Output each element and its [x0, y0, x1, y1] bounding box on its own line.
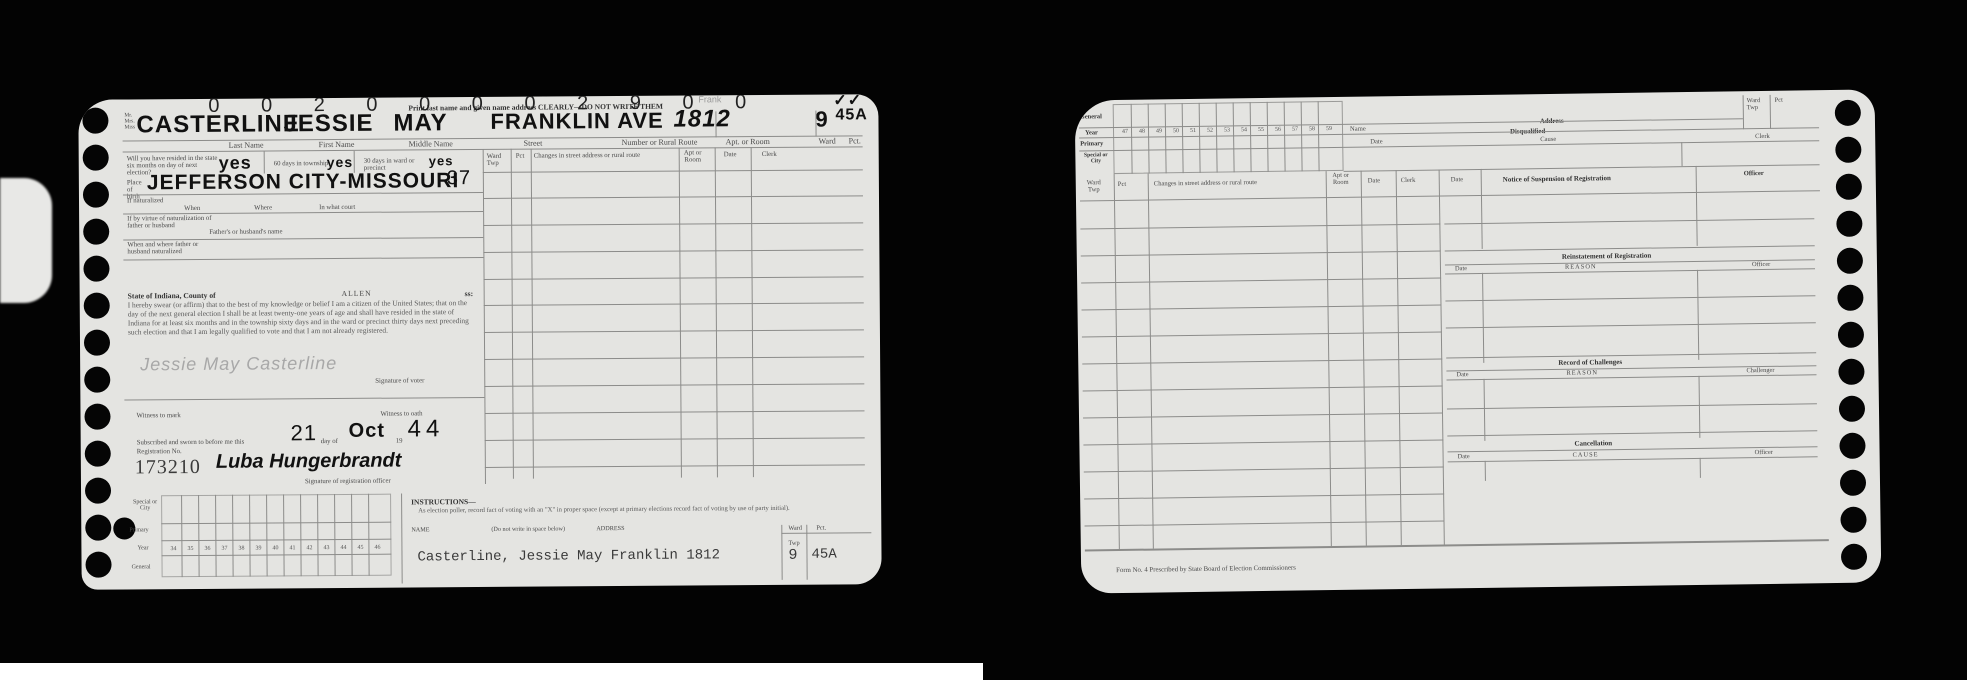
- back-col-date: Date: [1368, 178, 1381, 185]
- label-father-name: Father's or husband's name: [209, 228, 282, 236]
- voter-signature: Jessie May Casterline: [140, 353, 337, 375]
- label-middle-name: Middle Name: [409, 140, 453, 149]
- punch-hole: [1837, 248, 1863, 274]
- label-ward: Ward: [819, 138, 836, 147]
- registration-number: 173210: [135, 457, 201, 478]
- back-col-ward-twp: Ward Twp: [1084, 180, 1104, 194]
- label-officer-signature: Signature of registration officer: [305, 478, 391, 486]
- precinct-number: 45A: [835, 106, 867, 124]
- registration-card-back: General Year Primary Special or City 47 …: [1075, 89, 1882, 593]
- label-name-footer: NAME: [411, 527, 429, 534]
- reinstatement-col-officer: Officer: [1752, 262, 1770, 269]
- punch-hole: [84, 330, 110, 356]
- back-label-pct: Pct: [1775, 98, 1783, 105]
- suspension-col-notice: Notice of Suspension of Registration: [1503, 175, 1611, 184]
- punch-hole: [1839, 433, 1865, 459]
- suspension-col-officer: Officer: [1744, 171, 1764, 178]
- q-township: 60 days in township: [274, 160, 334, 168]
- first-name: JESSIE: [283, 110, 373, 139]
- col-clerk: Clerk: [762, 151, 777, 158]
- back-col-clerk: Clerk: [1401, 178, 1416, 185]
- punch-hole: [1838, 322, 1864, 348]
- pencil-note: Frank: [698, 95, 721, 105]
- label-address-footer: ADDRESS: [596, 526, 624, 533]
- back-row-special-city: Special or City: [1083, 153, 1108, 165]
- challenges-col-date: Date: [1456, 372, 1468, 379]
- sworn-month: Oct: [349, 420, 386, 443]
- label-naturalized: If naturalized: [127, 197, 167, 204]
- adjacent-card-tab: [0, 178, 52, 303]
- scan-edge-strip: [0, 663, 983, 680]
- label-ward-footer: Ward: [788, 526, 802, 533]
- oath-county: ALLEN: [342, 290, 372, 298]
- reinstatement-title: Reinstatement of Registration: [1562, 253, 1652, 262]
- col-date: Date: [724, 151, 737, 158]
- typed-pct: 45A: [811, 547, 836, 563]
- label-pct: Pct.: [849, 137, 861, 145]
- punch-hole: [1840, 507, 1866, 533]
- punch-hole: [85, 552, 111, 578]
- challenges-col-challenger: Challenger: [1746, 368, 1774, 375]
- punch-hole: [85, 515, 111, 541]
- year-prefix: 19: [396, 438, 403, 445]
- back-label-ward-twp: Ward Twp: [1747, 98, 1765, 112]
- label-where: Where: [254, 204, 272, 211]
- label-signature-voter: Signature of voter: [375, 377, 424, 384]
- oath-ss: ss:: [465, 290, 474, 298]
- challenges-title: Record of Challenges: [1558, 359, 1622, 367]
- col-ward-twp: Ward Twp: [487, 153, 507, 167]
- punch-hole: [1837, 285, 1863, 311]
- back-col-changes: Changes in street address or rural route: [1154, 180, 1257, 188]
- label-registration-no: Registration No.: [137, 448, 182, 455]
- birth-note: 37: [447, 167, 471, 190]
- label-when: When: [184, 205, 200, 212]
- row-special-city: Special or City: [131, 499, 159, 512]
- cancellation-title: Cancellation: [1574, 440, 1612, 448]
- reinstatement-col-date: Date: [1455, 266, 1467, 273]
- back-col-pct: Pct: [1118, 182, 1127, 189]
- punch-hole: [83, 256, 109, 282]
- punch-hole: [1839, 396, 1865, 422]
- punch-hole: [1836, 211, 1862, 237]
- back-row-primary: Primary: [1080, 141, 1103, 148]
- label-witness-mark: Witness to mark: [136, 412, 180, 419]
- col-apt-room: Apt or Room: [679, 149, 707, 163]
- oath-text: I hereby swear (or affirm) that to the b…: [128, 298, 478, 336]
- typed-ward: 9: [788, 547, 797, 564]
- punch-hole: [1836, 174, 1862, 200]
- prefix-labels: Mr. Mrs. Miss: [124, 113, 134, 130]
- label-first-name: First Name: [319, 141, 355, 150]
- sworn-year: 44: [408, 415, 445, 443]
- label-street: Street: [524, 140, 543, 149]
- label-day-of: day of: [321, 438, 338, 445]
- label-father-naturalization: If by virtue of naturalization of father…: [127, 215, 217, 230]
- punch-hole: [83, 182, 109, 208]
- sworn-day: 21: [291, 420, 318, 446]
- label-number: Number or Rural Route: [622, 138, 698, 147]
- punch-hole: [84, 293, 110, 319]
- place-of-birth: JEFFERSON CITY-MISSOURI: [147, 169, 460, 195]
- punch-hole: [82, 108, 108, 134]
- street-name: FRANKLIN AVE: [490, 108, 664, 135]
- label-last-name: Last Name: [229, 142, 264, 151]
- label-do-not-write: (Do not write in space below): [491, 526, 565, 533]
- punch-hole: [1838, 359, 1864, 385]
- cancellation-col-date: Date: [1458, 454, 1470, 461]
- row-year: Year: [137, 545, 148, 551]
- officer-signature: Luba Hungerbrandt: [216, 450, 402, 474]
- punch-hole: [1835, 100, 1861, 126]
- middle-name: MAY: [393, 109, 447, 137]
- punch-hole: [1840, 470, 1866, 496]
- ward-answer: yes: [429, 153, 454, 168]
- punch-hole: [83, 219, 109, 245]
- punch-hole: [85, 478, 111, 504]
- punch-hole: [83, 145, 109, 171]
- back-col-apt-room: Apt or Room: [1327, 173, 1355, 187]
- row-primary: Primary: [129, 527, 148, 533]
- label-court: In what court: [319, 204, 355, 211]
- punch-hole: [84, 404, 110, 430]
- punch-hole: [1841, 544, 1867, 570]
- registration-card-front: Print last name and given name address C…: [78, 94, 881, 590]
- row-general: General: [132, 564, 151, 570]
- back-row-general: General: [1080, 114, 1102, 121]
- punch-hole: [84, 367, 110, 393]
- house-number: 1812: [673, 105, 731, 133]
- suspension-col-date: Date: [1451, 177, 1464, 184]
- typed-name-address: Casterline, Jessie May Franklin 1812: [417, 547, 720, 565]
- col-changes: Changes in street address or rural route: [534, 152, 641, 160]
- instructions-text: As election poller, record fact of votin…: [418, 505, 818, 516]
- punch-hole: [1835, 137, 1861, 163]
- cancellation-col-cause: CAUSE: [1573, 452, 1599, 459]
- label-father-when-where: When and where father or husband natural…: [127, 241, 222, 256]
- instructions-heading: INSTRUCTIONS—: [411, 498, 476, 506]
- label-subscribed: Subscribed and sworn to before me this: [137, 439, 245, 447]
- back-row-year: Year: [1085, 130, 1098, 137]
- label-pct-footer: Pct.: [816, 526, 826, 533]
- form-footer: Form No. 4 Prescribed by State Board of …: [1116, 565, 1296, 575]
- col-pct: Pct: [516, 153, 525, 160]
- township-answer: yes: [327, 154, 353, 170]
- ward-number: 9: [815, 107, 828, 133]
- last-name: CASTERLINE: [136, 110, 300, 139]
- cancellation-col-officer: Officer: [1755, 450, 1773, 457]
- punch-hole: [85, 441, 111, 467]
- label-apt: Apt. or Room: [726, 138, 770, 147]
